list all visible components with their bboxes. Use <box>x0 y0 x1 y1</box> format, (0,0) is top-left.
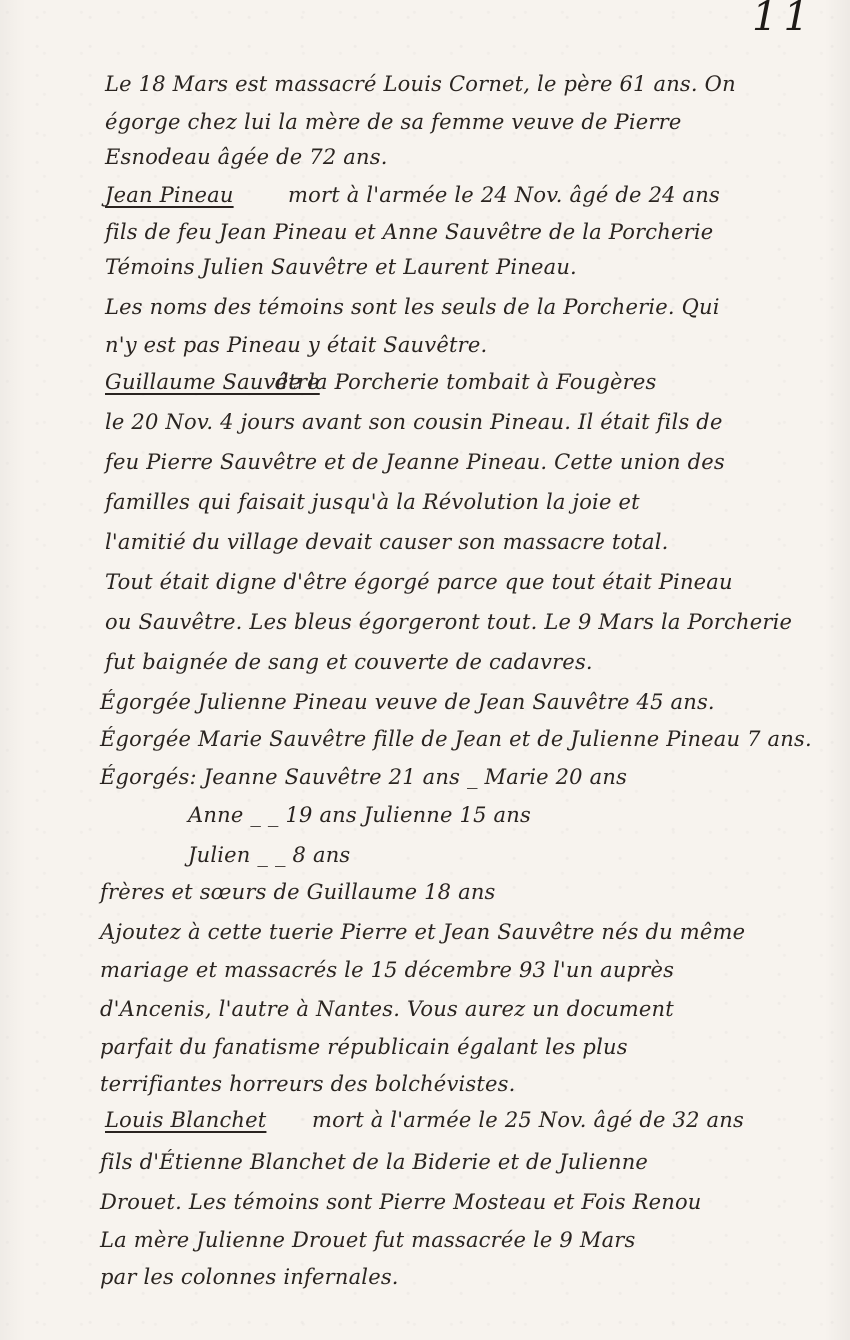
text-line: Témoins Julien Sauvêtre et Laurent Pinea… <box>105 255 577 279</box>
text-line: mariage et massacrés le 15 décembre 93 l… <box>100 958 674 982</box>
page-number: 11 <box>752 0 815 40</box>
text-line: égorge chez lui la mère de sa femme veuv… <box>105 110 682 134</box>
text-line: Drouet. Les témoins sont Pierre Mosteau … <box>100 1190 702 1214</box>
text-line: frères et sœurs de Guillaume 18 ans <box>100 880 496 904</box>
text-line: d'Ancenis, l'autre à Nantes. Vous aurez … <box>100 997 674 1021</box>
text-line: Les noms des témoins sont les seuls de l… <box>105 295 720 319</box>
text-line: n'y est pas Pineau y était Sauvêtre. <box>105 333 487 357</box>
text-line: Ajoutez à cette tuerie Pierre et Jean Sa… <box>100 920 745 944</box>
entry-name-heading: Jean Pineau <box>105 183 234 207</box>
text-line: feu Pierre Sauvêtre et de Jeanne Pineau.… <box>105 450 725 474</box>
text-line: parfait du fanatisme républicain égalant… <box>100 1035 628 1059</box>
text-line: Julien _ _ 8 ans <box>188 843 350 867</box>
text-line: terrifiantes horreurs des bolchévistes. <box>100 1072 516 1096</box>
text-line: familles qui faisait jusqu'à la Révoluti… <box>105 490 640 514</box>
text-line: La mère Julienne Drouet fut massacrée le… <box>100 1228 636 1252</box>
text-line: Le 18 Mars est massacré Louis Cornet, le… <box>105 72 736 96</box>
text-line: ou Sauvêtre. Les bleus égorgeront tout. … <box>105 610 792 634</box>
text-line: fils d'Étienne Blanchet de la Biderie et… <box>100 1150 648 1174</box>
text-line: mort à l'armée le 25 Nov. âgé de 32 ans <box>312 1108 744 1132</box>
text-line: Égorgés: Jeanne Sauvêtre 21 ans _ Marie … <box>100 765 627 789</box>
text-line: Anne _ _ 19 ans Julienne 15 ans <box>188 803 531 827</box>
text-line: fils de feu Jean Pineau et Anne Sauvêtre… <box>105 220 713 244</box>
text-line: Égorgée Julienne Pineau veuve de Jean Sa… <box>100 690 715 714</box>
text-line: Tout était digne d'être égorgé parce que… <box>105 570 733 594</box>
text-line: de la Porcherie tombait à Fougères <box>275 370 656 394</box>
text-line: l'amitié du village devait causer son ma… <box>105 530 669 554</box>
text-line: par les colonnes infernales. <box>100 1265 399 1289</box>
text-line: le 20 Nov. 4 jours avant son cousin Pine… <box>105 410 723 434</box>
entry-name-heading: Louis Blanchet <box>105 1108 266 1132</box>
text-line: fut baignée de sang et couverte de cadav… <box>105 650 593 674</box>
text-line: mort à l'armée le 24 Nov. âgé de 24 ans <box>288 183 720 207</box>
text-line: Égorgée Marie Sauvêtre fille de Jean et … <box>100 727 812 751</box>
text-line: Esnodeau âgée de 72 ans. <box>105 145 388 169</box>
